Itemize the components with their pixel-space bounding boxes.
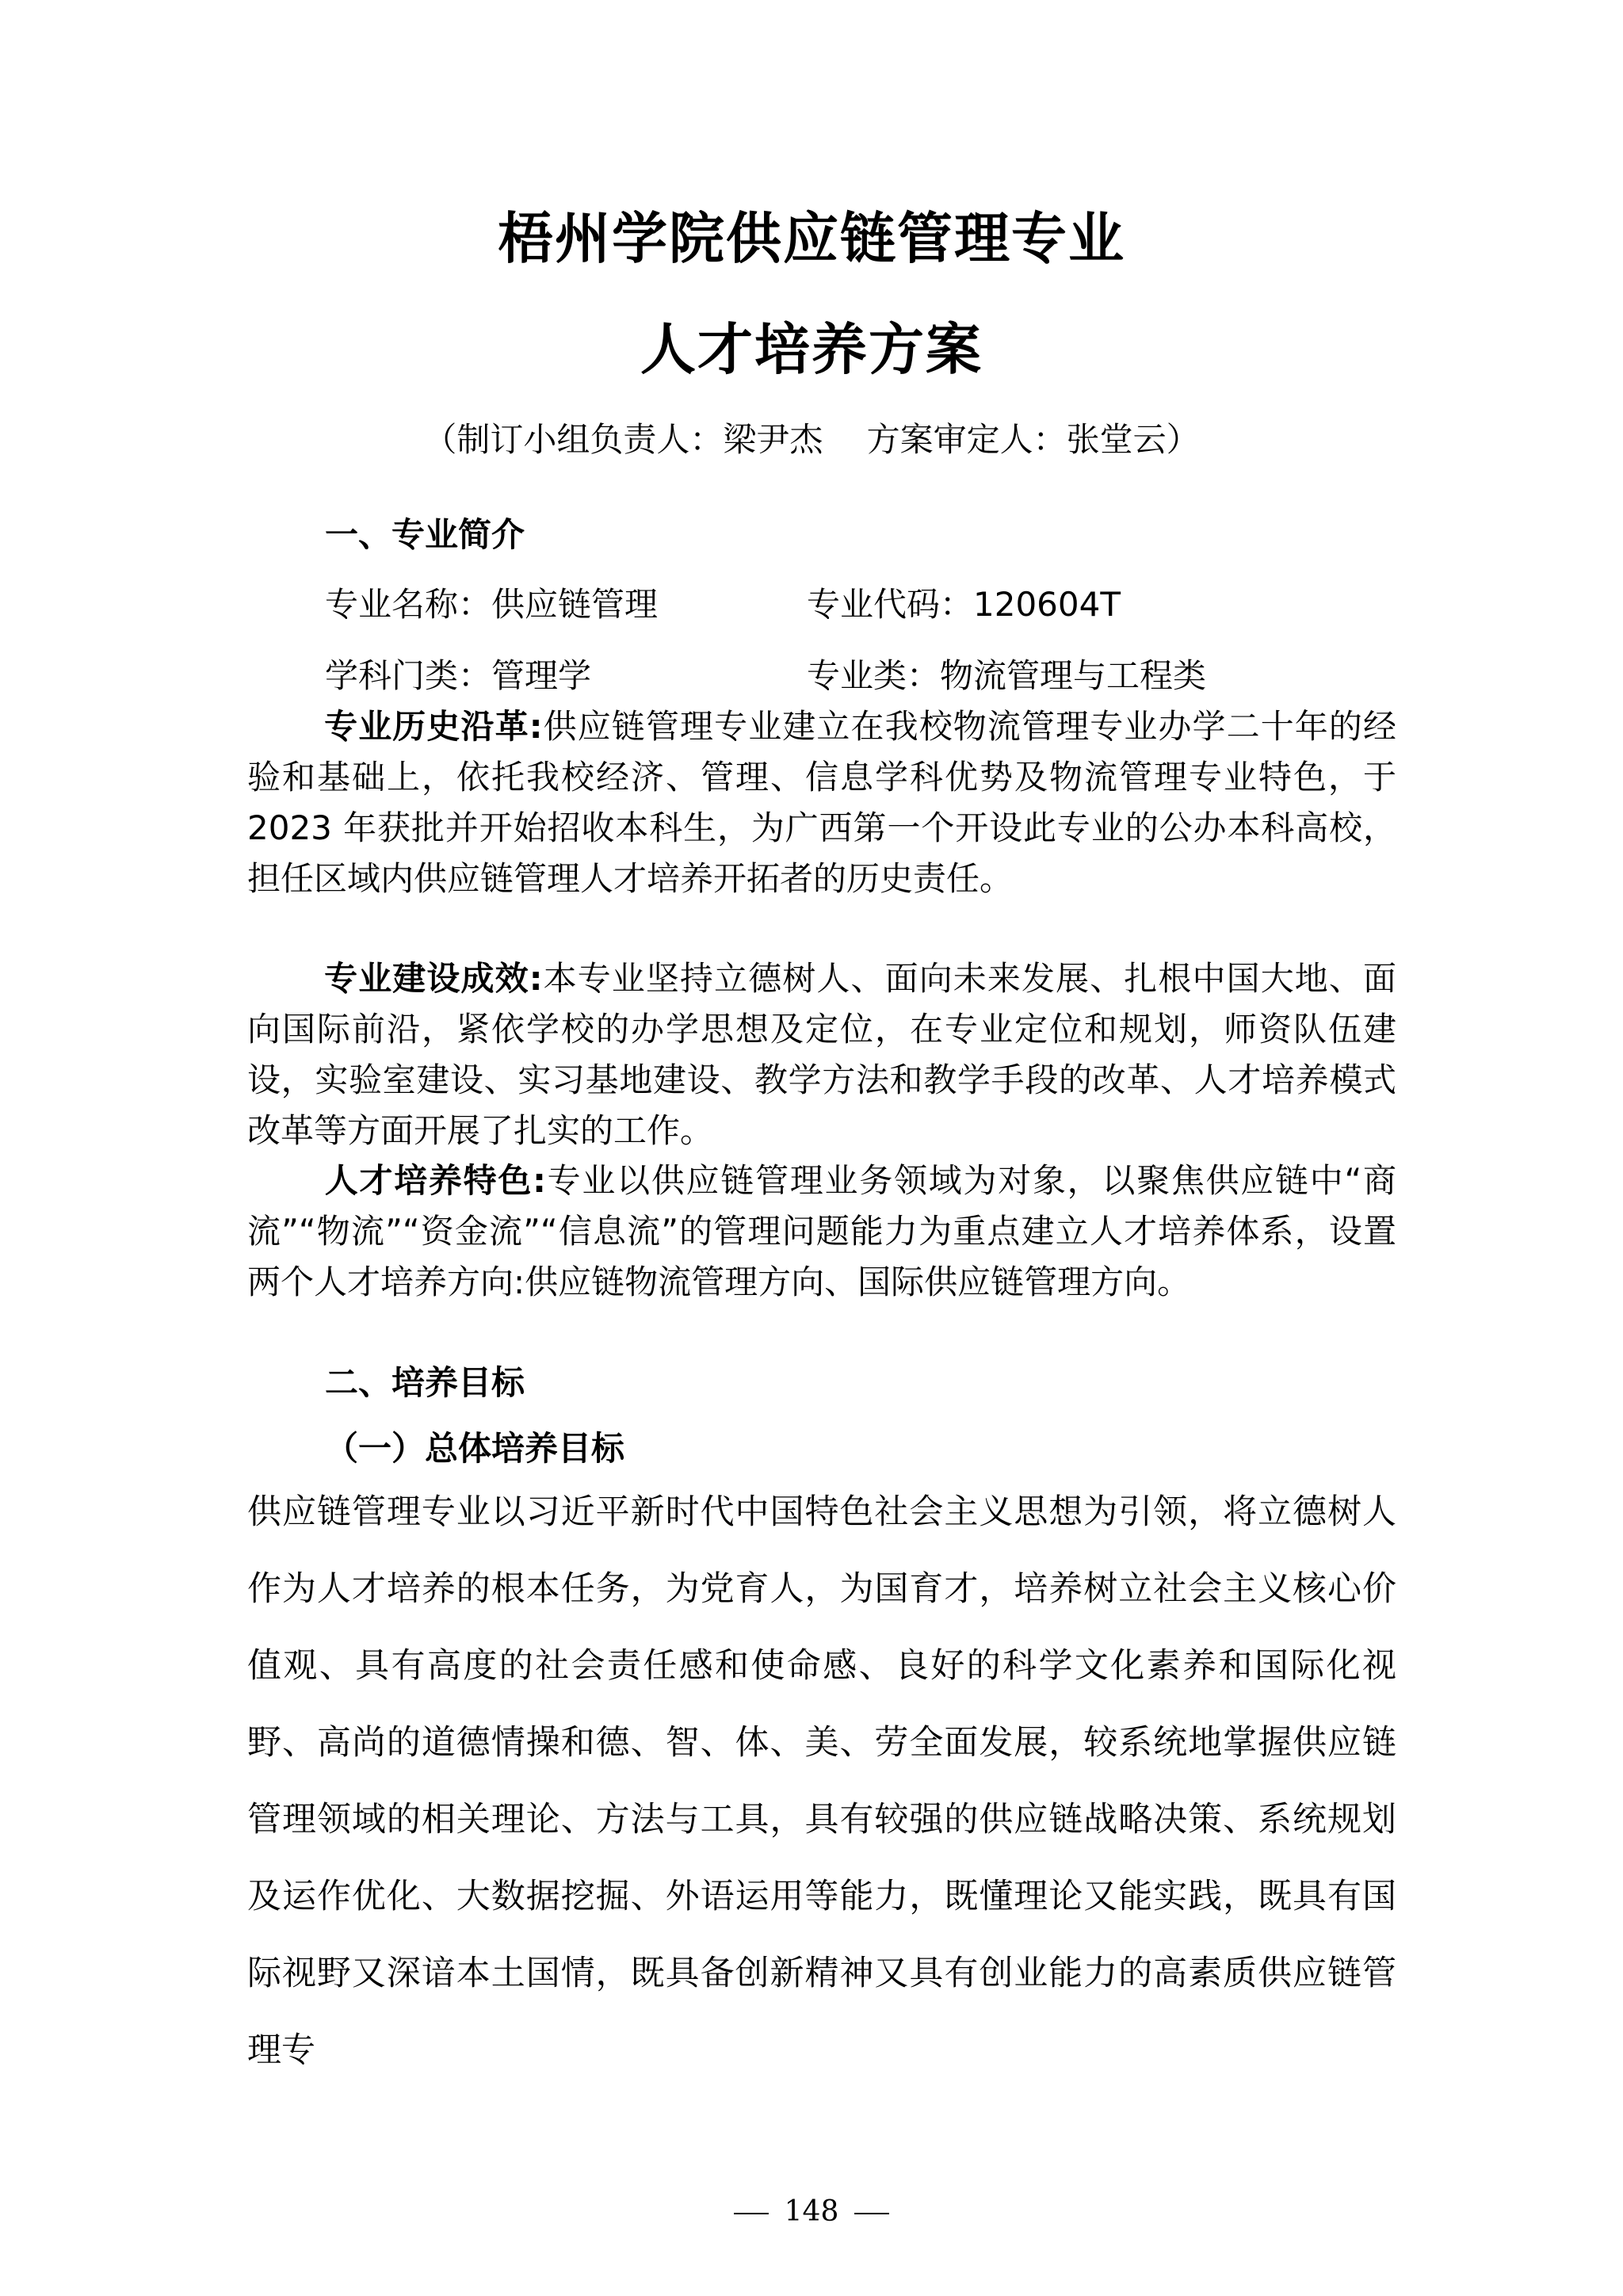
history-paragraph: 专业历史沿革:供应链管理专业建立在我校物流管理专业办学二十年的经验和基础上，依托… [247, 701, 1396, 904]
section2-heading: 二、培养目标 [325, 1357, 525, 1404]
category-label: 专业类： [807, 656, 940, 695]
achievements-paragraph: 专业建设成效:本专业坚持立德树人、面向未来发展、扎根中国大地、面向国际前沿，紧依… [247, 953, 1396, 1156]
category-field: 专业类：物流管理与工程类 [807, 650, 1206, 697]
overall-goal-paragraph: 供应链管理专业以习近平新时代中国特色社会主义思想为引领，将立德树人作为人才培养的… [247, 1474, 1396, 2089]
history-lead: 专业历史沿革: [323, 707, 543, 746]
discipline-field: 学科门类：管理学 [325, 650, 591, 697]
major-name-field: 专业名称：供应链管理 [325, 579, 658, 626]
document-title-line1: 梧州学院供应链管理专业 [0, 194, 1623, 274]
page-footer: 148 [0, 2195, 1623, 2228]
features-paragraph: 人才培养特色:专业以供应链管理业务领域为对象，以聚焦供应链中“商流”“物流”“资… [247, 1156, 1396, 1308]
overall-goal-text: 供应链管理专业以习近平新时代中国特色社会主义思想为引领，将立德树人作为人才培养的… [247, 1492, 1396, 2070]
major-code-value: 120604T [973, 585, 1121, 624]
major-code-label: 专业代码： [807, 585, 973, 624]
discipline-value: 管理学 [491, 656, 591, 695]
major-name-value: 供应链管理 [491, 585, 658, 624]
major-code-field: 专业代码：120604T [807, 579, 1121, 626]
category-value: 物流管理与工程类 [940, 656, 1206, 695]
document-subtitle: （制订小组负责人：梁尹杰 方案审定人：张堂云） [0, 414, 1623, 461]
section1-heading: 一、专业简介 [325, 509, 525, 556]
dash-right [854, 2213, 889, 2214]
major-name-label: 专业名称： [325, 585, 491, 624]
dash-left [734, 2213, 769, 2214]
document-title-line2: 人才培养方案 [0, 305, 1623, 385]
page-number: 148 [785, 2195, 839, 2228]
features-lead: 人才培养特色: [323, 1161, 546, 1200]
discipline-label: 学科门类： [325, 656, 491, 695]
achievements-lead: 专业建设成效: [323, 959, 543, 998]
section2-subheading: （一）总体培养目标 [325, 1423, 624, 1470]
